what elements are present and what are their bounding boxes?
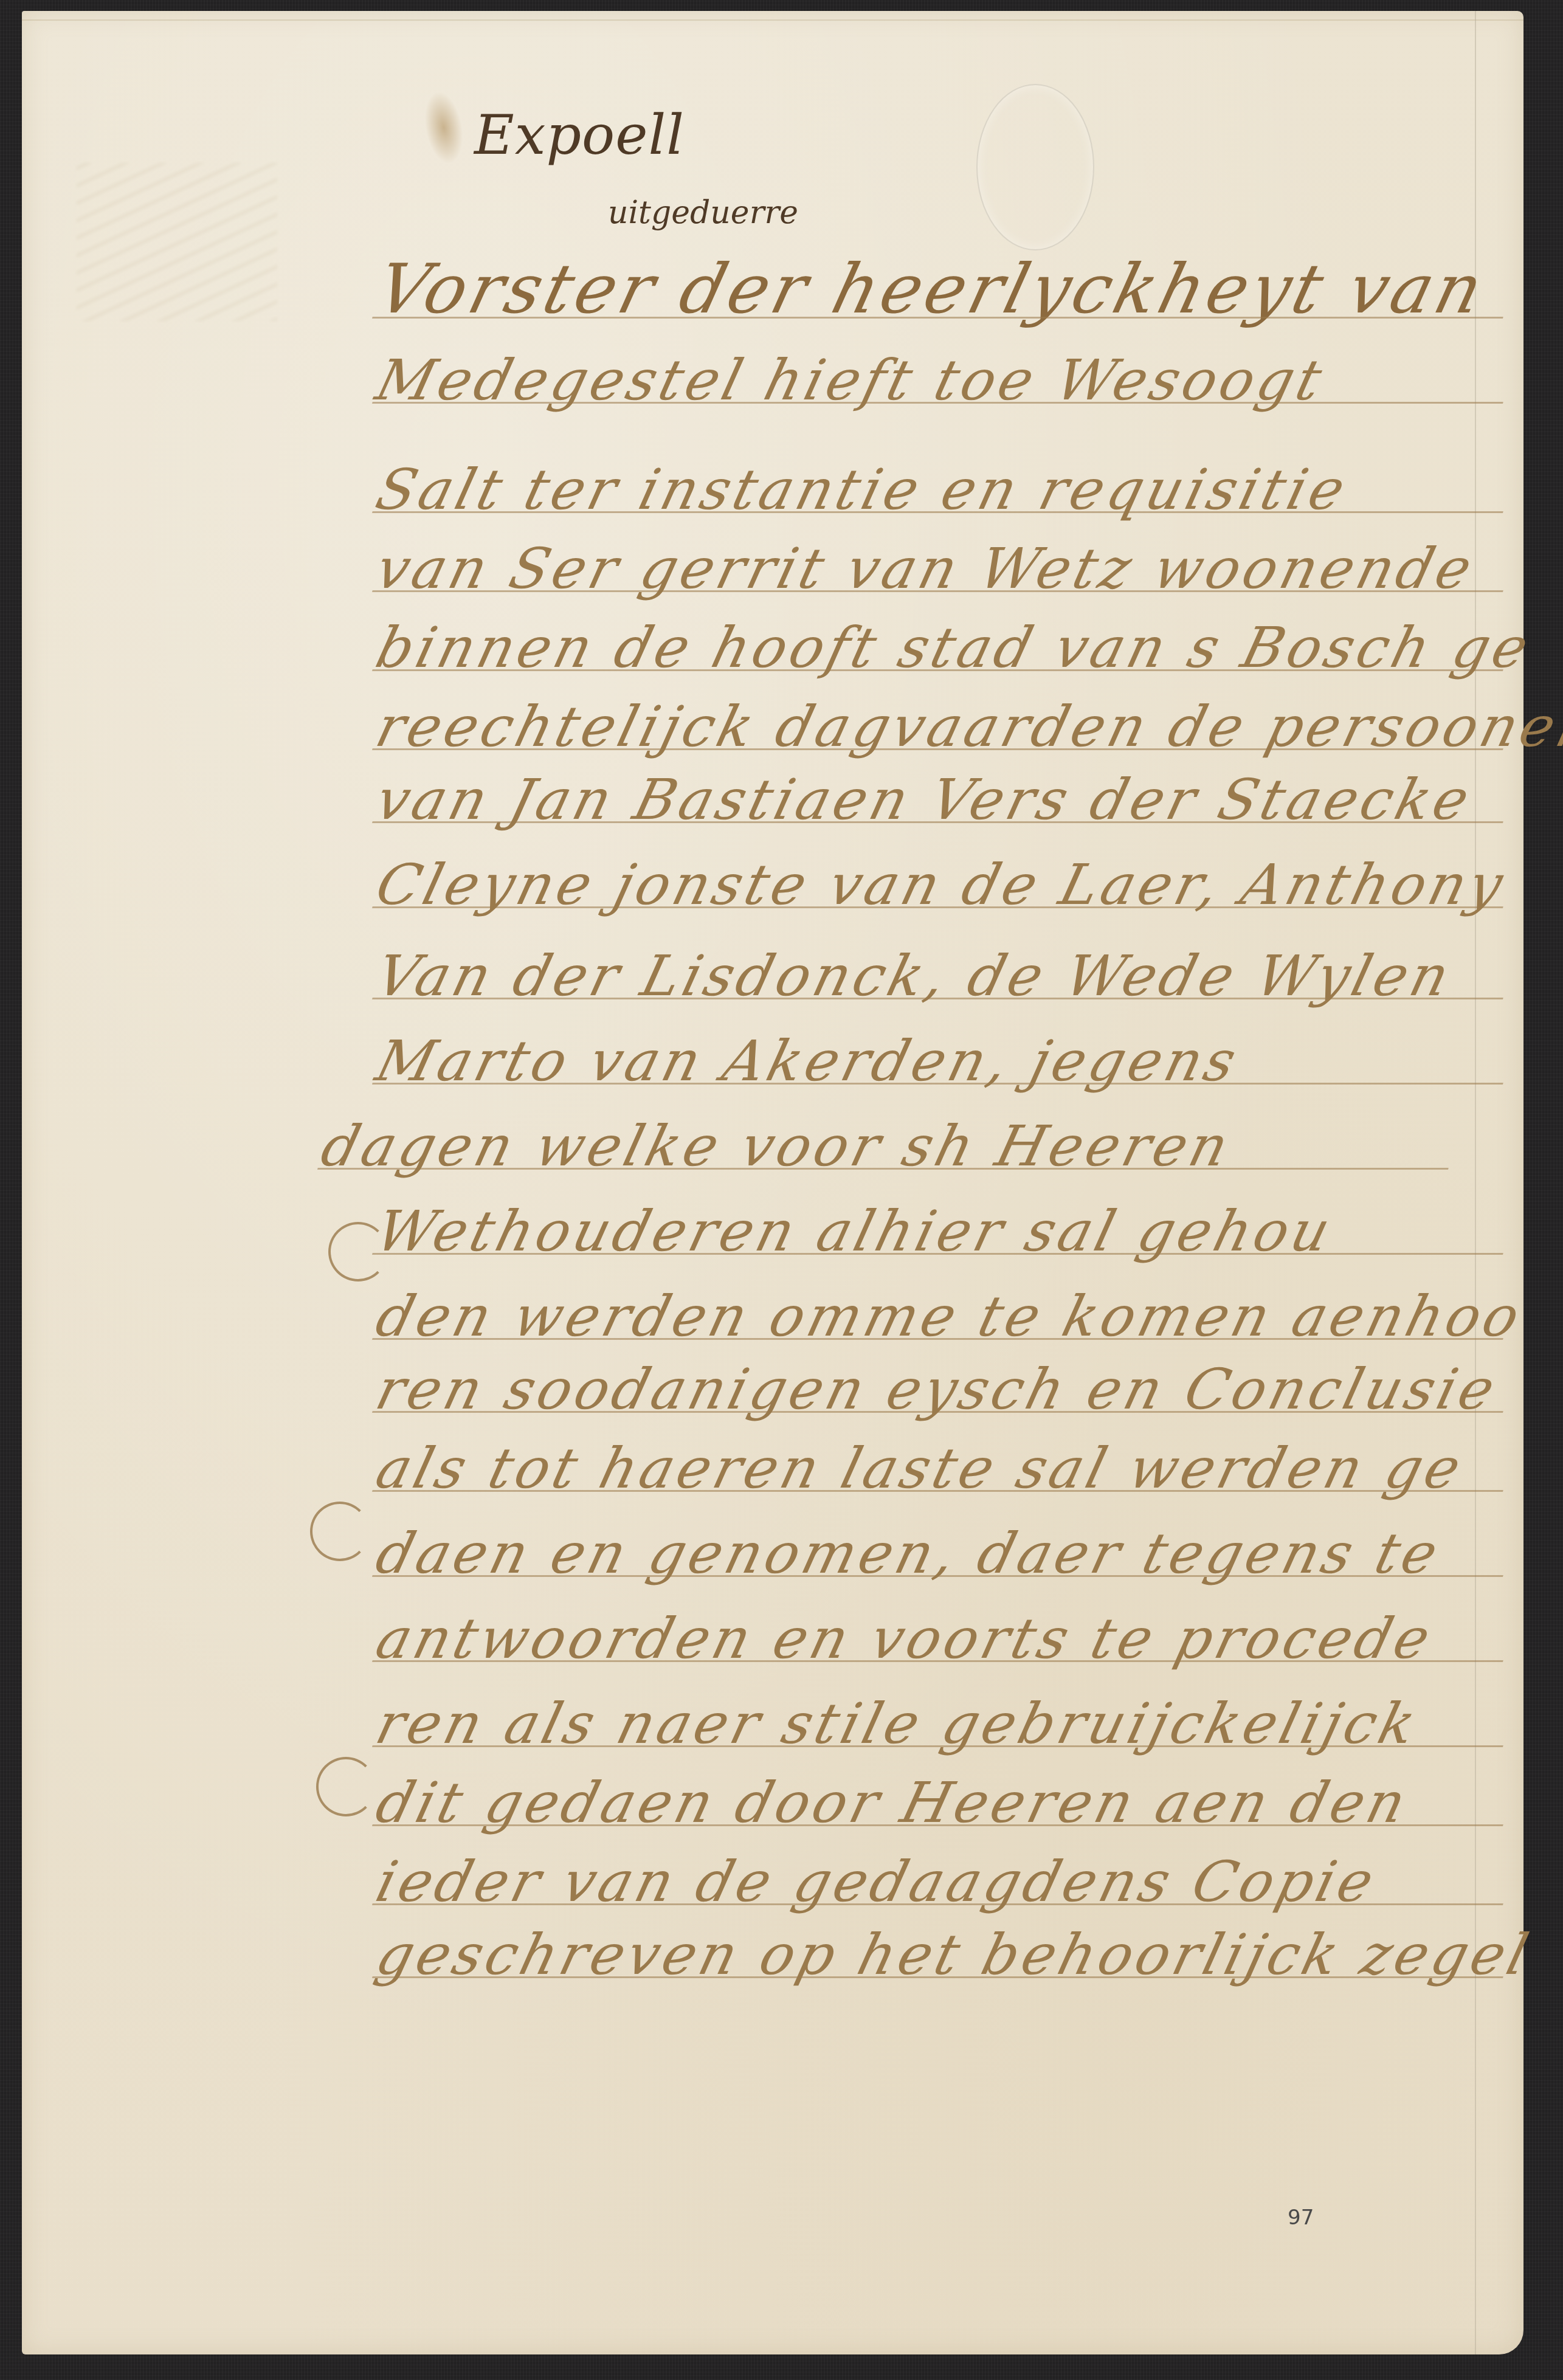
text-line: als tot haeren laste sal werden ge (371, 1441, 1528, 1497)
text-line: dagen welke voor sh Heeren (316, 1119, 1473, 1174)
text-line: ieder van de gedaagdens Copie (371, 1854, 1528, 1910)
document-subheading: uitgeduerre (608, 195, 798, 231)
embossed-seal (976, 84, 1094, 250)
paper-edge (22, 19, 1523, 21)
text-line: ren als naer stile gebruijckelijck (371, 1696, 1528, 1752)
text-line: Vorster der heerlyckheyt van (371, 255, 1531, 323)
text-line: Marto van Akerden, jegens (371, 1033, 1528, 1089)
text-line: Medegestel hieft toe Wesoogt (371, 353, 1528, 409)
text-line: van Jan Bastiaen Vers der Staecke (371, 772, 1528, 828)
text-line: van Ser gerrit van Wetz woonende (371, 541, 1528, 597)
text-line: dit gedaen door Heeren aen den (371, 1775, 1528, 1831)
text-line: Cleyne jonste van de Laer, Anthony (371, 857, 1528, 913)
flourish-icon (316, 1757, 376, 1816)
flourish-icon (310, 1502, 370, 1561)
text-line: ren soodanigen eysch en Conclusie (371, 1362, 1528, 1418)
ink-bleed-through (77, 163, 277, 321)
text-line: reechtelijck dagvaarden de persoonen (371, 699, 1528, 755)
document-heading: Expoell (474, 103, 685, 167)
text-line: geschreven op het behoorlijck zegel (371, 1927, 1528, 1983)
text-line: Salt ter instantie en requisitie (371, 462, 1528, 518)
text-line: antwoorden en voorts te procede (371, 1611, 1528, 1667)
text-line: Van der Lisdonck, de Wede Wylen (371, 948, 1528, 1004)
text-line: Wethouderen alhier sal gehou (371, 1204, 1528, 1260)
text-line: den werden omme te komen aenhoo (371, 1289, 1528, 1345)
page-number: 97 (1288, 2206, 1314, 2230)
flourish-icon (328, 1222, 388, 1281)
text-line: binnen de hooft stad van s Bosch ge (371, 620, 1528, 676)
text-line: daen en genomen, daer tegens te (371, 1526, 1528, 1582)
